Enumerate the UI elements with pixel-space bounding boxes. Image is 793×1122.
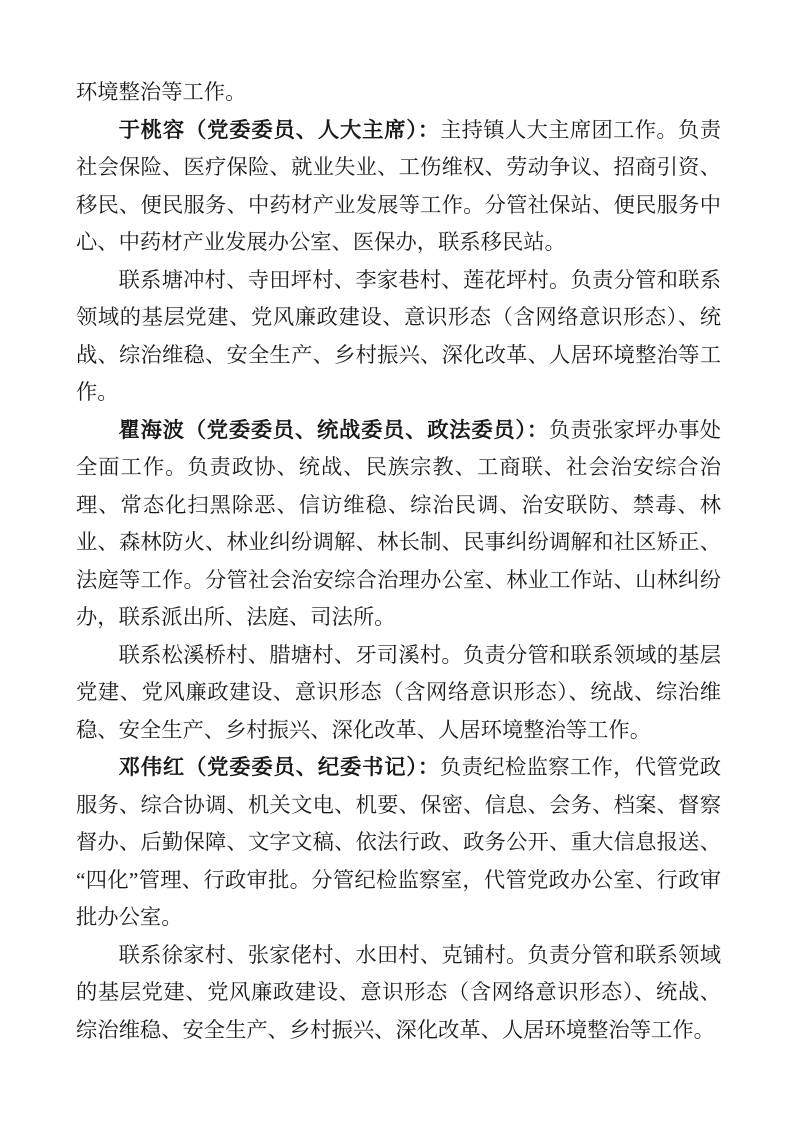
paragraph-text: 联系塘冲村、寺田坪村、李家巷村、莲花坪村。负责分管和联系领域的基层党建、党风廉政… <box>76 268 721 405</box>
paragraph-text: 联系徐家村、张家佬村、水田村、克铺村。负责分管和联系领域的基层党建、党风廉政建设… <box>76 943 721 1042</box>
paragraph-text: 负责张家坪办事处全面工作。负责政协、统战、民族宗教、工商联、社会治安综合治理、常… <box>76 418 721 630</box>
officer-name-role-heading: 瞿海波（党委委员、统战委员、政法委员）： <box>119 418 549 442</box>
paragraph: 联系徐家村、张家佬村、水田村、克铺村。负责分管和联系领域的基层党建、党风廉政建设… <box>76 937 721 1050</box>
officer-entry-paragraph: 瞿海波（党委委员、统战委员、政法委员）：负责张家坪办事处全面工作。负责政协、统战… <box>76 412 721 637</box>
paragraph: 环境整治等工作。 <box>76 74 721 112</box>
paragraph-text: 负责纪检监察工作，代管党政服务、综合协调、机关文电、机要、保密、信息、会务、档案… <box>76 755 721 929</box>
document-page: 环境整治等工作。于桃容（党委委员、人大主席）：主持镇人大主席团工作。负责社会保险… <box>0 0 793 1122</box>
paragraph-text: 联系松溪桥村、腊塘村、牙司溪村。负责分管和联系领域的基层党建、党风廉政建设、意识… <box>76 643 721 742</box>
officer-name-role-heading: 于桃容（党委委员、人大主席）： <box>119 118 440 142</box>
document-text-block: 环境整治等工作。于桃容（党委委员、人大主席）：主持镇人大主席团工作。负责社会保险… <box>76 74 721 1049</box>
paragraph-text: 环境整治等工作。 <box>76 80 246 104</box>
paragraph: 联系塘冲村、寺田坪村、李家巷村、莲花坪村。负责分管和联系领域的基层党建、党风廉政… <box>76 262 721 412</box>
paragraph-list: 环境整治等工作。于桃容（党委委员、人大主席）：主持镇人大主席团工作。负责社会保险… <box>76 74 721 1049</box>
officer-entry-paragraph: 于桃容（党委委员、人大主席）：主持镇人大主席团工作。负责社会保险、医疗保险、就业… <box>76 112 721 262</box>
paragraph: 联系松溪桥村、腊塘村、牙司溪村。负责分管和联系领域的基层党建、党风廉政建设、意识… <box>76 637 721 750</box>
officer-entry-paragraph: 邓伟红（党委委员、纪委书记）：负责纪检监察工作，代管党政服务、综合协调、机关文电… <box>76 749 721 937</box>
officer-name-role-heading: 邓伟红（党委委员、纪委书记）： <box>119 755 440 779</box>
